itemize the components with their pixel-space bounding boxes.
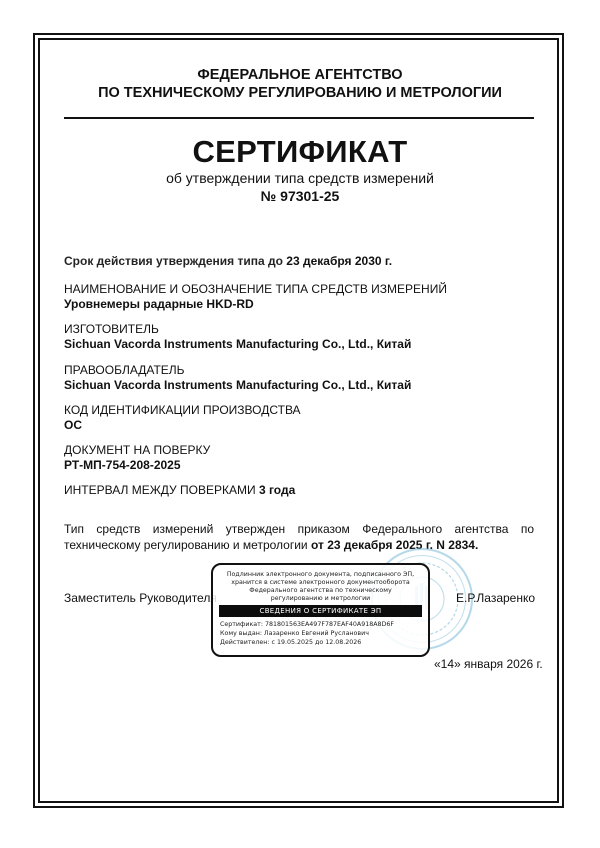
agency-line-2: ПО ТЕХНИЧЕСКОМУ РЕГУЛИРОВАНИЮ И МЕТРОЛОГ… bbox=[40, 84, 560, 102]
section-value: Sichuan Vacorda Instruments Manufacturin… bbox=[64, 378, 411, 393]
interval-label: ИНТЕРВАЛ МЕЖДУ ПОВЕРКАМИ bbox=[64, 483, 259, 497]
esig-notice-line: хранится в системе электронного документ… bbox=[213, 579, 428, 587]
section-value: Уровнемеры радарные HKD-RD bbox=[64, 297, 447, 312]
signer-position: Заместитель Руководителя bbox=[64, 591, 217, 605]
approval-order-paragraph: Тип средств измерений утвержден приказом… bbox=[64, 522, 534, 553]
section-type-name: НАИМЕНОВАНИЕ И ОБОЗНАЧЕНИЕ ТИПА СРЕДСТВ … bbox=[64, 282, 447, 312]
signer-name: Е.Р.Лазаренко bbox=[456, 591, 535, 605]
certificate-subtitle: об утверждении типа средств измерений bbox=[40, 169, 560, 187]
esig-certificate-header: СВЕДЕНИЯ О СЕРТИФИКАТЕ ЭП bbox=[219, 605, 422, 617]
section-value: ОС bbox=[64, 418, 301, 433]
section-label: КОД ИДЕНТИФИКАЦИИ ПРОИЗВОДСТВА bbox=[64, 403, 301, 418]
section-label: ДОКУМЕНТ НА ПОВЕРКУ bbox=[64, 443, 210, 458]
section-verification-document: ДОКУМЕНТ НА ПОВЕРКУ РТ-МП-754-208-2025 bbox=[64, 443, 210, 473]
validity-date: 23 декабря 2030 г. bbox=[286, 254, 392, 268]
section-production-code: КОД ИДЕНТИФИКАЦИИ ПРОИЗВОДСТВА ОС bbox=[64, 403, 301, 433]
esig-validity: Действителен: с 19.05.2025 до 12.08.2026 bbox=[220, 638, 394, 647]
esig-notice-line: Подлинник электронного документа, подпис… bbox=[213, 571, 428, 579]
header-divider bbox=[64, 117, 534, 119]
esig-issued-to: Кому выдан: Лазаренко Евгений Русланович bbox=[220, 629, 394, 638]
esig-notice-line: Федерального агентства по техническому bbox=[213, 587, 428, 595]
interval-value: 3 года bbox=[259, 483, 295, 497]
esig-notice: Подлинник электронного документа, подпис… bbox=[213, 571, 428, 603]
esig-notice-line: регулированию и метрологии bbox=[213, 595, 428, 603]
electronic-signature-box: Подлинник электронного документа, подпис… bbox=[211, 563, 430, 657]
validity-line: Срок действия утверждения типа до 23 дек… bbox=[64, 254, 392, 269]
section-rights-holder: ПРАВООБЛАДАТЕЛЬ Sichuan Vacorda Instrume… bbox=[64, 363, 411, 393]
esig-certificate-info: Сертификат: 781801563EA497F787EAF40A918A… bbox=[220, 620, 394, 647]
agency-name: ФЕДЕРАЛЬНОЕ АГЕНТСТВО ПО ТЕХНИЧЕСКОМУ РЕ… bbox=[40, 66, 560, 102]
section-label: НАИМЕНОВАНИЕ И ОБОЗНАЧЕНИЕ ТИПА СРЕДСТВ … bbox=[64, 282, 447, 297]
certificate-title: СЕРТИФИКАТ bbox=[40, 134, 560, 170]
section-manufacturer: ИЗГОТОВИТЕЛЬ Sichuan Vacorda Instruments… bbox=[64, 322, 411, 352]
section-label: ПРАВООБЛАДАТЕЛЬ bbox=[64, 363, 411, 378]
section-label: ИЗГОТОВИТЕЛЬ bbox=[64, 322, 411, 337]
section-value: Sichuan Vacorda Instruments Manufacturin… bbox=[64, 337, 411, 352]
certificate-number: № 97301-25 bbox=[40, 187, 560, 205]
verification-interval: ИНТЕРВАЛ МЕЖДУ ПОВЕРКАМИ 3 года bbox=[64, 483, 295, 498]
validity-label: Срок действия утверждения типа до bbox=[64, 254, 286, 268]
signature-date: «14» января 2026 г. bbox=[434, 657, 543, 671]
section-value: РТ-МП-754-208-2025 bbox=[64, 458, 210, 473]
esig-certificate-id: Сертификат: 781801563EA497F787EAF40A918A… bbox=[220, 620, 394, 629]
agency-line-1: ФЕДЕРАЛЬНОЕ АГЕНТСТВО bbox=[40, 66, 560, 84]
